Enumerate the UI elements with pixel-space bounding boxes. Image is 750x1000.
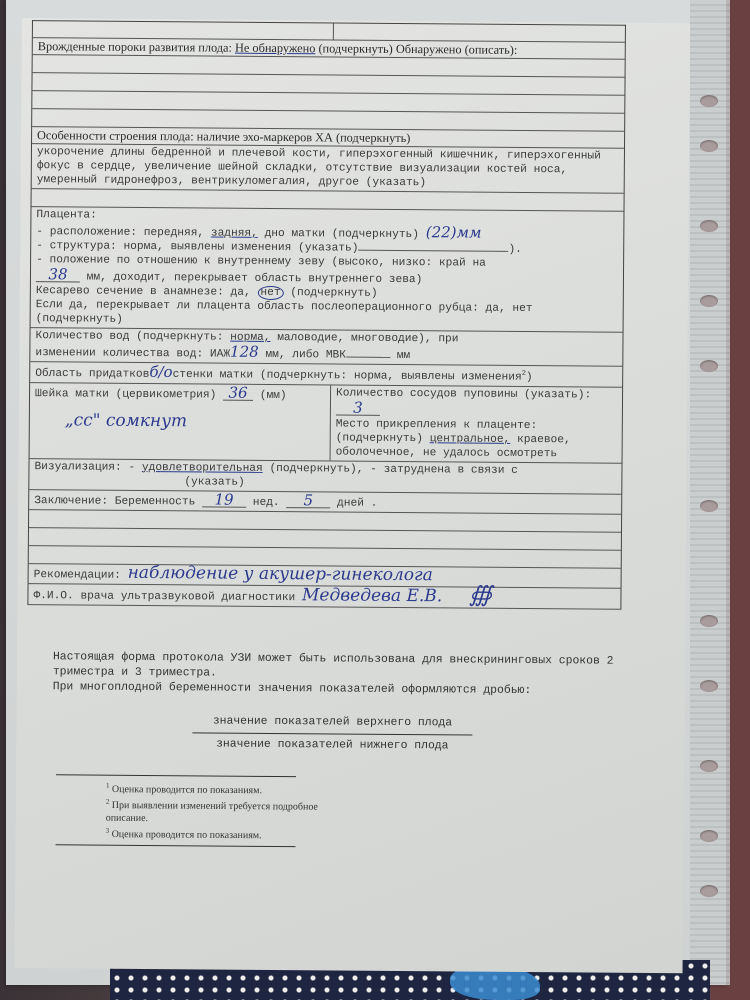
placenta-edge-distance: 38 — [36, 267, 80, 282]
signature-icon: ∰ — [469, 582, 492, 607]
cervix-cord-row: Шейка матки (цервикометрия) 36 (мм) „сс"… — [30, 383, 623, 464]
cesarean-no-circled: нет — [257, 286, 283, 300]
punch-hole — [700, 95, 718, 107]
punch-hole — [700, 760, 718, 772]
footnote: 3 Оценка проводится по показаниям. — [106, 824, 356, 842]
afi-value: 128 — [230, 343, 259, 361]
punch-hole — [700, 615, 718, 627]
punch-hole — [700, 830, 718, 842]
footnotes: 1 Оценка проводится по показаниям. 2 При… — [55, 770, 356, 851]
footnote: 1 Оценка проводится по показаниям. — [106, 780, 356, 798]
protocol-notes: Настоящая форма протокола УЗИ может быть… — [52, 650, 643, 756]
placenta-section: Плацента: - расположение: передняя, задн… — [31, 207, 624, 333]
cervix-length: 36 — [223, 385, 253, 400]
doctor-row: Ф.И.О. врача ультразвуковой диагностики … — [28, 584, 620, 610]
adnexa-handwritten: б/о — [149, 363, 172, 381]
punch-hole — [700, 680, 718, 692]
cord-vessel-count: 3 — [336, 400, 380, 415]
placenta-thickness-handwritten: (22)мм — [426, 223, 482, 241]
umbilical-cord-cell: Количество сосудов пуповины (указать): 3… — [331, 385, 623, 462]
twin-fraction-example: значение показателей верхнего плода знач… — [192, 714, 472, 754]
visualization-row: Визуализация: - удовлетворительная (подч… — [29, 459, 621, 495]
markers-text-row: укорочение длины бедренной и плечевой ко… — [32, 144, 624, 194]
cervix-handwritten-note: „сс" сомкнут — [65, 413, 325, 429]
punch-hole — [700, 500, 718, 512]
punch-hole — [700, 295, 718, 307]
gestation-days: 5 — [286, 493, 330, 508]
footnote: 2 При выявлении изменений требуется подр… — [106, 796, 356, 826]
punch-hole — [700, 885, 718, 897]
amniotic-fluid-row: Количество вод (подчеркнуть: норма, мало… — [30, 328, 622, 367]
punch-hole — [700, 140, 718, 152]
punch-hole — [700, 360, 718, 372]
cervix-cell: Шейка матки (цервикометрия) 36 (мм) „сс"… — [30, 383, 332, 460]
protocol-form-table: Врожденные пороки развития плода: Не обн… — [27, 20, 626, 609]
doctor-name-handwritten: Медведева Е.В. — [302, 585, 442, 606]
recommendation-handwritten: наблюдение у акушер-гинеколога — [128, 563, 433, 585]
gestation-weeks: 19 — [202, 492, 246, 507]
ultrasound-protocol-page: Врожденные пороки развития плода: Не обн… — [15, 18, 690, 973]
punch-hole — [700, 220, 718, 232]
malformations-none-selected: Не обнаружено — [235, 41, 315, 56]
